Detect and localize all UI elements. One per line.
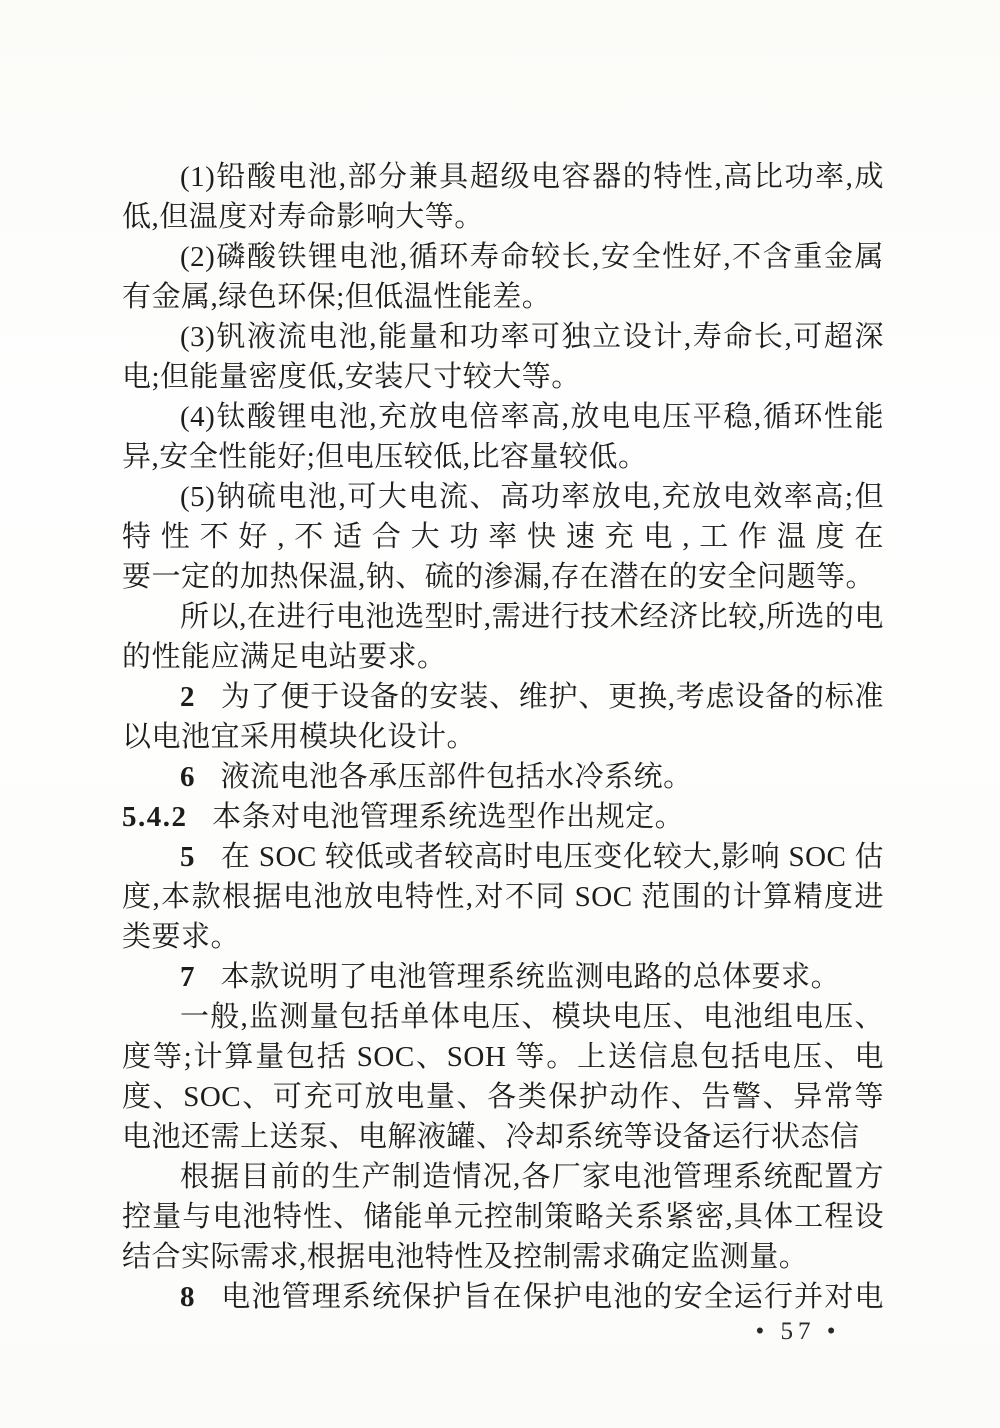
- text-line: 有金属,绿色环保;但低温性能差。: [122, 277, 884, 317]
- text-line: 特性不好,不适合大功率快速充电,工作温度在 300℃~350℃,需: [122, 517, 884, 557]
- line-text: 类要求。: [122, 921, 240, 953]
- text-line: 2为了便于设备的安装、维护、更换,考虑设备的标准化,所: [122, 677, 884, 717]
- clause-number: 5: [180, 841, 196, 873]
- line-text: 根据目前的生产制造情况,各厂家电池管理系统配置方案、监: [122, 1161, 884, 1197]
- text-line: (1)铅酸电池,部分兼具超级电容器的特性,高比功率,成本较: [122, 157, 884, 197]
- text-line: 异,安全性能好;但电压较低,比容量较低。: [122, 437, 884, 477]
- clause-number: 2: [180, 681, 196, 713]
- text-line: (3)钒液流电池,能量和功率可独立设计,寿命长,可超深度放: [122, 317, 884, 357]
- scanned-document-page: (1)铅酸电池,部分兼具超级电容器的特性,高比功率,成本较低,但温度对寿命影响大…: [0, 0, 1000, 1428]
- line-text: 所以,在进行电池选型时,需进行技术经济比较,所选的电池: [122, 601, 884, 637]
- text-line: 一般,监测量包括单体电压、模块电压、电池组电压、电流、温: [122, 997, 884, 1037]
- text-line: 类要求。: [122, 917, 884, 957]
- text-line: 控量与电池特性、储能单元控制策略关系紧密,具体工程设计时应: [122, 1197, 884, 1237]
- text-line: 度等;计算量包括 SOC、SOH 等。上送信息包括电压、电流、温: [122, 1037, 884, 1077]
- line-text: 本款说明了电池管理系统监测电路的总体要求。: [221, 961, 841, 993]
- text-line: 5.4.2本条对电池管理系统选型作出规定。: [122, 797, 884, 837]
- text-line: 度,本款根据电池放电特性,对不同 SOC 范围的计算精度进行分: [122, 877, 884, 917]
- line-text: 有金属,绿色环保;但低温性能差。: [122, 281, 551, 313]
- text-block: (1)铅酸电池,部分兼具超级电容器的特性,高比功率,成本较低,但温度对寿命影响大…: [122, 157, 884, 1317]
- text-line: (4)钛酸锂电池,充放电倍率高,放电电压平稳,循环性能优: [122, 397, 884, 437]
- text-line: 电池还需上送泵、电解液罐、冷却系统等设备运行状态信息。: [122, 1117, 884, 1157]
- line-text: 在 SOC 较低或者较高时电压变化较大,影响 SOC 估算精: [122, 841, 884, 877]
- line-text: (3)钒液流电池,能量和功率可独立设计,寿命长,可超深度放: [122, 321, 884, 357]
- text-line: 8电池管理系统保护旨在保护电池的安全运行并对电池运行: [122, 1277, 884, 1317]
- line-text: (4)钛酸锂电池,充放电倍率高,放电电压平稳,循环性能优: [122, 401, 884, 437]
- clause-number: 5.4.2: [122, 801, 188, 833]
- line-text: 度等;计算量包括 SOC、SOH 等。上送信息包括电压、电流、温: [122, 1041, 884, 1077]
- line-text: 低,但温度对寿命影响大等。: [122, 201, 484, 233]
- text-line: 6液流电池各承压部件包括水冷系统。: [122, 757, 884, 797]
- line-text: 本条对电池管理系统选型作出规定。: [212, 801, 684, 833]
- line-text: 度、SOC、可充可放电量、各类保护动作、告警、异常等信息。液流: [122, 1081, 884, 1117]
- line-text: 以电池宜采用模块化设计。: [122, 721, 476, 753]
- line-text: 的性能应满足电站要求。: [122, 641, 447, 673]
- line-text: 液流电池各承压部件包括水冷系统。: [221, 761, 693, 793]
- line-text: 电池还需上送泵、电解液罐、冷却系统等设备运行状态信息。: [122, 1121, 860, 1157]
- line-text: 电;但能量密度低,安装尺寸较大等。: [122, 361, 581, 393]
- line-text: 结合实际需求,根据电池特性及控制需求确定监测量。: [122, 1241, 808, 1273]
- text-line: 低,但温度对寿命影响大等。: [122, 197, 884, 237]
- clause-number: 7: [180, 961, 196, 993]
- text-line: 以电池宜采用模块化设计。: [122, 717, 884, 757]
- clause-number: 6: [180, 761, 196, 793]
- line-text: (1)铅酸电池,部分兼具超级电容器的特性,高比功率,成本较: [122, 161, 884, 197]
- text-line: (5)钠硫电池,可大电流、高功率放电,充放电效率高;但倍率: [122, 477, 884, 517]
- line-text: 特性不好,不适合大功率快速充电,工作温度在 300℃~350℃,需: [122, 521, 884, 557]
- line-text: 一般,监测量包括单体电压、模块电压、电池组电压、电流、温: [122, 1001, 884, 1037]
- line-text: (5)钠硫电池,可大电流、高功率放电,充放电效率高;但倍率: [122, 481, 884, 517]
- text-line: (2)磷酸铁锂电池,循环寿命较长,安全性好,不含重金属和稀: [122, 237, 884, 277]
- line-text: 为了便于设备的安装、维护、更换,考虑设备的标准化,所: [122, 681, 884, 717]
- text-line: 的性能应满足电站要求。: [122, 637, 884, 677]
- line-text: 度,本款根据电池放电特性,对不同 SOC 范围的计算精度进行分: [122, 881, 884, 917]
- line-text: 异,安全性能好;但电压较低,比容量较低。: [122, 441, 648, 473]
- line-text: 控量与电池特性、储能单元控制策略关系紧密,具体工程设计时应: [122, 1201, 884, 1237]
- page-number: • 57 •: [742, 1318, 854, 1346]
- text-line: 7本款说明了电池管理系统监测电路的总体要求。: [122, 957, 884, 997]
- text-line: 5在 SOC 较低或者较高时电压变化较大,影响 SOC 估算精: [122, 837, 884, 877]
- text-line: 根据目前的生产制造情况,各厂家电池管理系统配置方案、监: [122, 1157, 884, 1197]
- line-text: (2)磷酸铁锂电池,循环寿命较长,安全性好,不含重金属和稀: [122, 241, 884, 277]
- clause-number: 8: [180, 1281, 196, 1313]
- text-line: 所以,在进行电池选型时,需进行技术经济比较,所选的电池: [122, 597, 884, 637]
- line-text: 要一定的加热保温,钠、硫的渗漏,存在潜在的安全问题等。: [122, 561, 875, 593]
- line-text: 电池管理系统保护旨在保护电池的安全运行并对电池运行: [122, 1281, 884, 1317]
- text-line: 度、SOC、可充可放电量、各类保护动作、告警、异常等信息。液流: [122, 1077, 884, 1117]
- text-line: 结合实际需求,根据电池特性及控制需求确定监测量。: [122, 1237, 884, 1277]
- text-line: 要一定的加热保温,钠、硫的渗漏,存在潜在的安全问题等。: [122, 557, 884, 597]
- text-line: 电;但能量密度低,安装尺寸较大等。: [122, 357, 884, 397]
